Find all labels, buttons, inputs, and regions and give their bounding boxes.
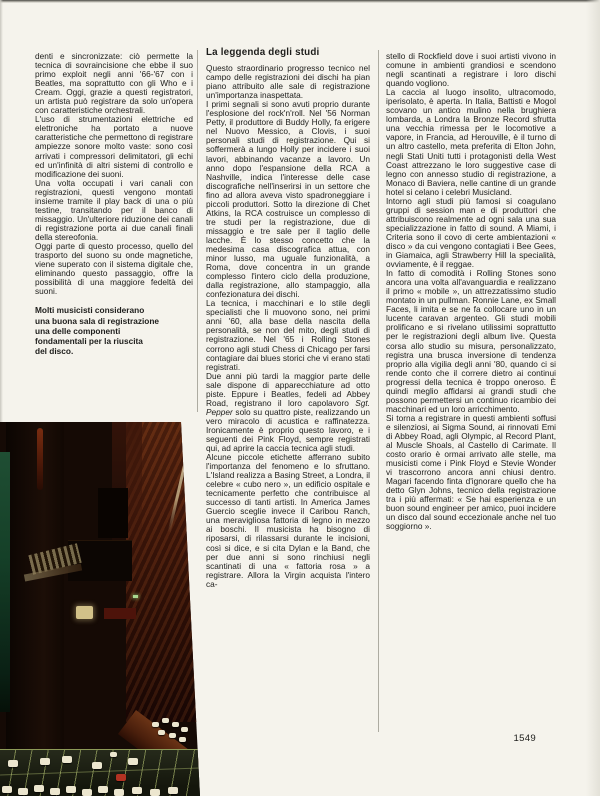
fader-cap [179, 737, 186, 742]
fader-cap [34, 785, 44, 792]
paragraph: Una volta occupati i vari canali con reg… [35, 179, 193, 242]
fader-cap [82, 789, 92, 796]
photo-red-panel [104, 608, 136, 619]
fader-cap [8, 760, 18, 767]
magazine-page: { "page": { "number": "1549", "backgroun… [0, 0, 600, 796]
middle-column: La leggenda degli studi Questo straordin… [206, 48, 370, 589]
paragraph: stello di Rockfield dove i suoi artisti … [386, 52, 556, 88]
paragraph: La caccia al luogo insolito, ultracomodo… [386, 88, 556, 197]
photo-red-streak [37, 428, 43, 490]
studio-photo [0, 422, 200, 796]
fader-cap [168, 787, 178, 794]
page-number: 1549 [386, 733, 536, 744]
paragraph: Due anni più tardi la maggior parte dell… [206, 372, 370, 453]
paragraph: Oggi parte di questo processo, quello de… [35, 242, 193, 296]
paragraph: denti e sincronizzate: ciò permette la t… [35, 52, 193, 115]
fader-cap [152, 722, 159, 727]
photo-caption: Molti musicisti consideranouna buona sal… [35, 305, 193, 356]
fader-cap [92, 762, 102, 769]
left-column-paragraphs: denti e sincronizzate: ciò permette la t… [35, 52, 193, 296]
paragraph: Alcune piccole etichette afferrano subit… [206, 453, 370, 589]
fader-cap [158, 730, 165, 735]
paragraph: In fatto di comodità i Rolling Stones so… [386, 269, 556, 414]
paragraph: I primi segnali si sono avuti proprio du… [206, 100, 370, 299]
photo-speaker-silhouette [98, 488, 128, 538]
paragraph: Si torna a registrare in questi ambienti… [386, 414, 556, 532]
fader-cap [18, 788, 28, 795]
paragraph: La tecnica, i macchinari e lo stile degl… [206, 299, 370, 371]
fader-cap [162, 718, 169, 723]
photo-dark-pillar [6, 422, 64, 796]
fader-cap [40, 758, 50, 765]
column-divider-left [197, 50, 198, 412]
fader-cap [2, 786, 12, 793]
right-column: stello di Rockfield dove i suoi artisti … [386, 52, 556, 531]
paragraph: L'uso di strumentazioni elettriche ed el… [35, 115, 193, 178]
page-right-edge [586, 0, 600, 796]
page-left-edge [0, 0, 3, 430]
photo-green-strip [0, 452, 10, 712]
fader-cap [50, 788, 60, 795]
fader-cap [66, 786, 76, 793]
fader-cap [110, 752, 117, 757]
paragraph: Intorno agli studi più famosi si coagula… [386, 197, 556, 269]
fader-cap [181, 727, 188, 732]
fader-cap [132, 787, 142, 794]
fader-cap [114, 789, 124, 796]
red-button-cap [116, 774, 126, 781]
section-heading: La leggenda degli studi [206, 48, 370, 57]
fader-cap [172, 722, 179, 727]
photo-lamp-glow [76, 606, 93, 619]
fader-cap [169, 733, 176, 738]
page-top-edge [0, 0, 600, 3]
left-column: denti e sincronizzate: ciò permette la t… [35, 52, 193, 357]
middle-column-paragraphs: Questo straordinario progresso tecnico n… [206, 64, 370, 589]
fader-cap [62, 756, 72, 763]
fader-cap [150, 789, 160, 796]
right-column-paragraphs: stello di Rockfield dove i suoi artisti … [386, 52, 556, 531]
fader-cap [128, 758, 138, 765]
fader-cap [98, 786, 108, 793]
paragraph: Questo straordinario progresso tecnico n… [206, 64, 370, 100]
column-divider-right [378, 50, 379, 732]
photo-green-led [133, 595, 138, 598]
